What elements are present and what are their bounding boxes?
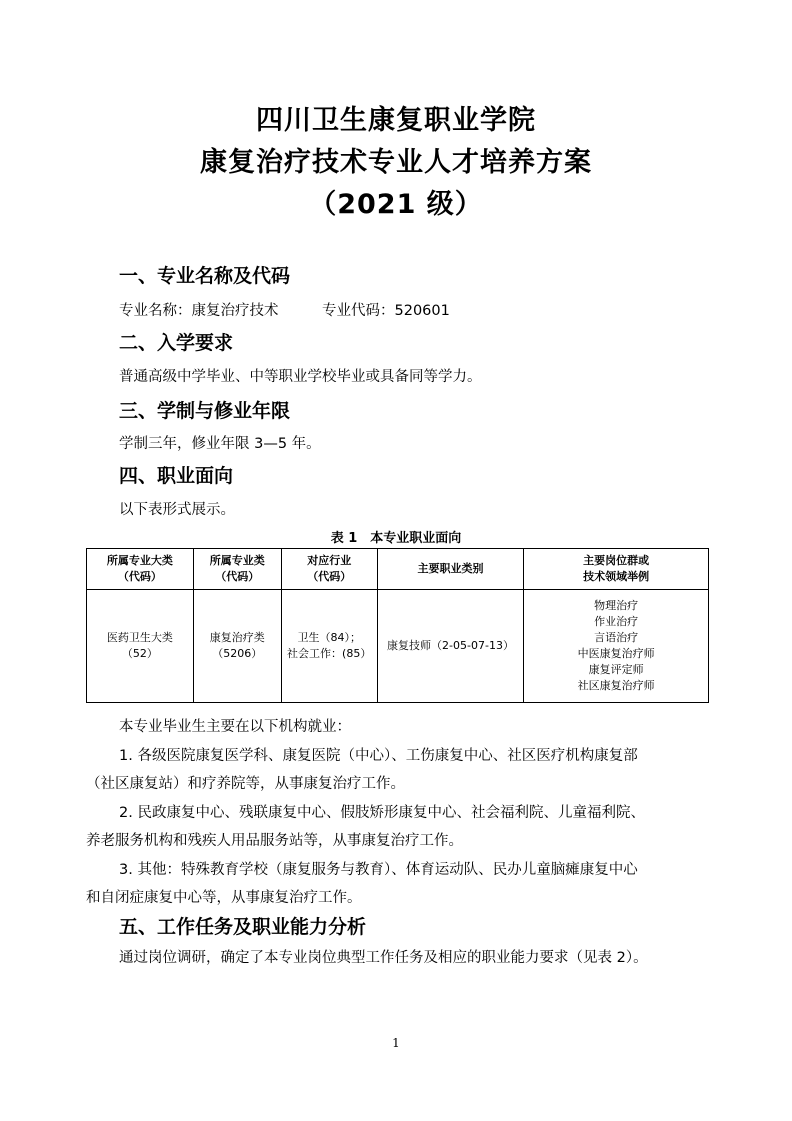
employment-intro: 本专业毕业生主要在以下机构就业： — [119, 715, 351, 736]
cell-positions: 物理治疗 作业治疗 言语治疗 中医康复治疗师 康复评定师 社区康复治疗师 — [524, 590, 709, 703]
section-heading-task-analysis: 五、工作任务及职业能力分析 — [119, 912, 366, 939]
page-number: 1 — [0, 1036, 792, 1050]
document-page: 四川卫生康复职业学院 康复治疗技术专业人才培养方案 （2021 级） 一、专业名… — [0, 0, 792, 1121]
cell-major-category: 医药卫生大类（52） — [87, 590, 194, 703]
employment-item-1-line-1: 1. 各级医院康复医学科、康复医院（中心）、工伤康复中心、社区医疗机构康复部 — [119, 744, 638, 765]
cell-major-class: 康复治疗类（5206） — [193, 590, 281, 703]
employment-item-1-line-2: （社区康复站）和疗养院等，从事康复治疗工作。 — [86, 772, 405, 793]
section-heading-major-name: 一、专业名称及代码 — [119, 261, 290, 288]
header-major-category: 所属专业大类（代码） — [87, 549, 194, 590]
header-positions: 主要岗位群或技术领域举例 — [524, 549, 709, 590]
header-industry: 对应行业（代码） — [281, 549, 377, 590]
employment-item-3-line-1: 3. 其他：特殊教育学校（康复服务与教育）、体育运动队、民办儿童脑瘫康复中心 — [119, 858, 638, 879]
cell-industry: 卫生（84）；社会工作：(85） — [281, 590, 377, 703]
employment-item-2-line-1: 2. 民政康复中心、残联康复中心、假肢矫形康复中心、社会福利院、儿童福利院、 — [119, 801, 645, 822]
document-title-plan: 康复治疗技术专业人才培养方案 — [0, 140, 792, 179]
cell-occupation: 康复技师（2-05-07-13） — [377, 590, 524, 703]
header-occupation: 主要职业类别 — [377, 549, 524, 590]
task-analysis-text: 通过岗位调研，确定了本专业岗位典型工作任务及相应的职业能力要求（见表 2）。 — [119, 946, 648, 967]
table-row: 医药卫生大类（52） 康复治疗类（5206） 卫生（84）；社会工作：(85） … — [87, 590, 709, 703]
major-name-and-code: 专业名称：康复治疗技术 专业代码：520601 — [119, 299, 450, 320]
employment-item-3-line-2: 和自闭症康复中心等，从事康复治疗工作。 — [86, 886, 362, 907]
table-header-row: 所属专业大类（代码） 所属专业类（代码） 对应行业（代码） 主要职业类别 主要岗… — [87, 549, 709, 590]
table-1-caption: 表 1 本专业职业面向 — [0, 527, 792, 546]
career-intro: 以下表形式展示。 — [119, 498, 235, 519]
document-title-year: （2021 级） — [0, 182, 792, 221]
section-heading-admission: 二、入学要求 — [119, 328, 233, 355]
document-title-school: 四川卫生康复职业学院 — [0, 98, 792, 137]
duration-text: 学制三年，修业年限 3—5 年。 — [119, 432, 321, 453]
section-heading-career: 四、职业面向 — [119, 461, 233, 488]
employment-item-2-line-2: 养老服务机构和残疾人用品服务站等，从事康复治疗工作。 — [86, 829, 463, 850]
header-major-class: 所属专业类（代码） — [193, 549, 281, 590]
admission-requirements: 普通高级中学毕业、中等职业学校毕业或具备同等学力。 — [119, 365, 482, 386]
section-heading-duration: 三、学制与修业年限 — [119, 396, 290, 423]
career-orientation-table: 所属专业大类（代码） 所属专业类（代码） 对应行业（代码） 主要职业类别 主要岗… — [86, 548, 709, 703]
